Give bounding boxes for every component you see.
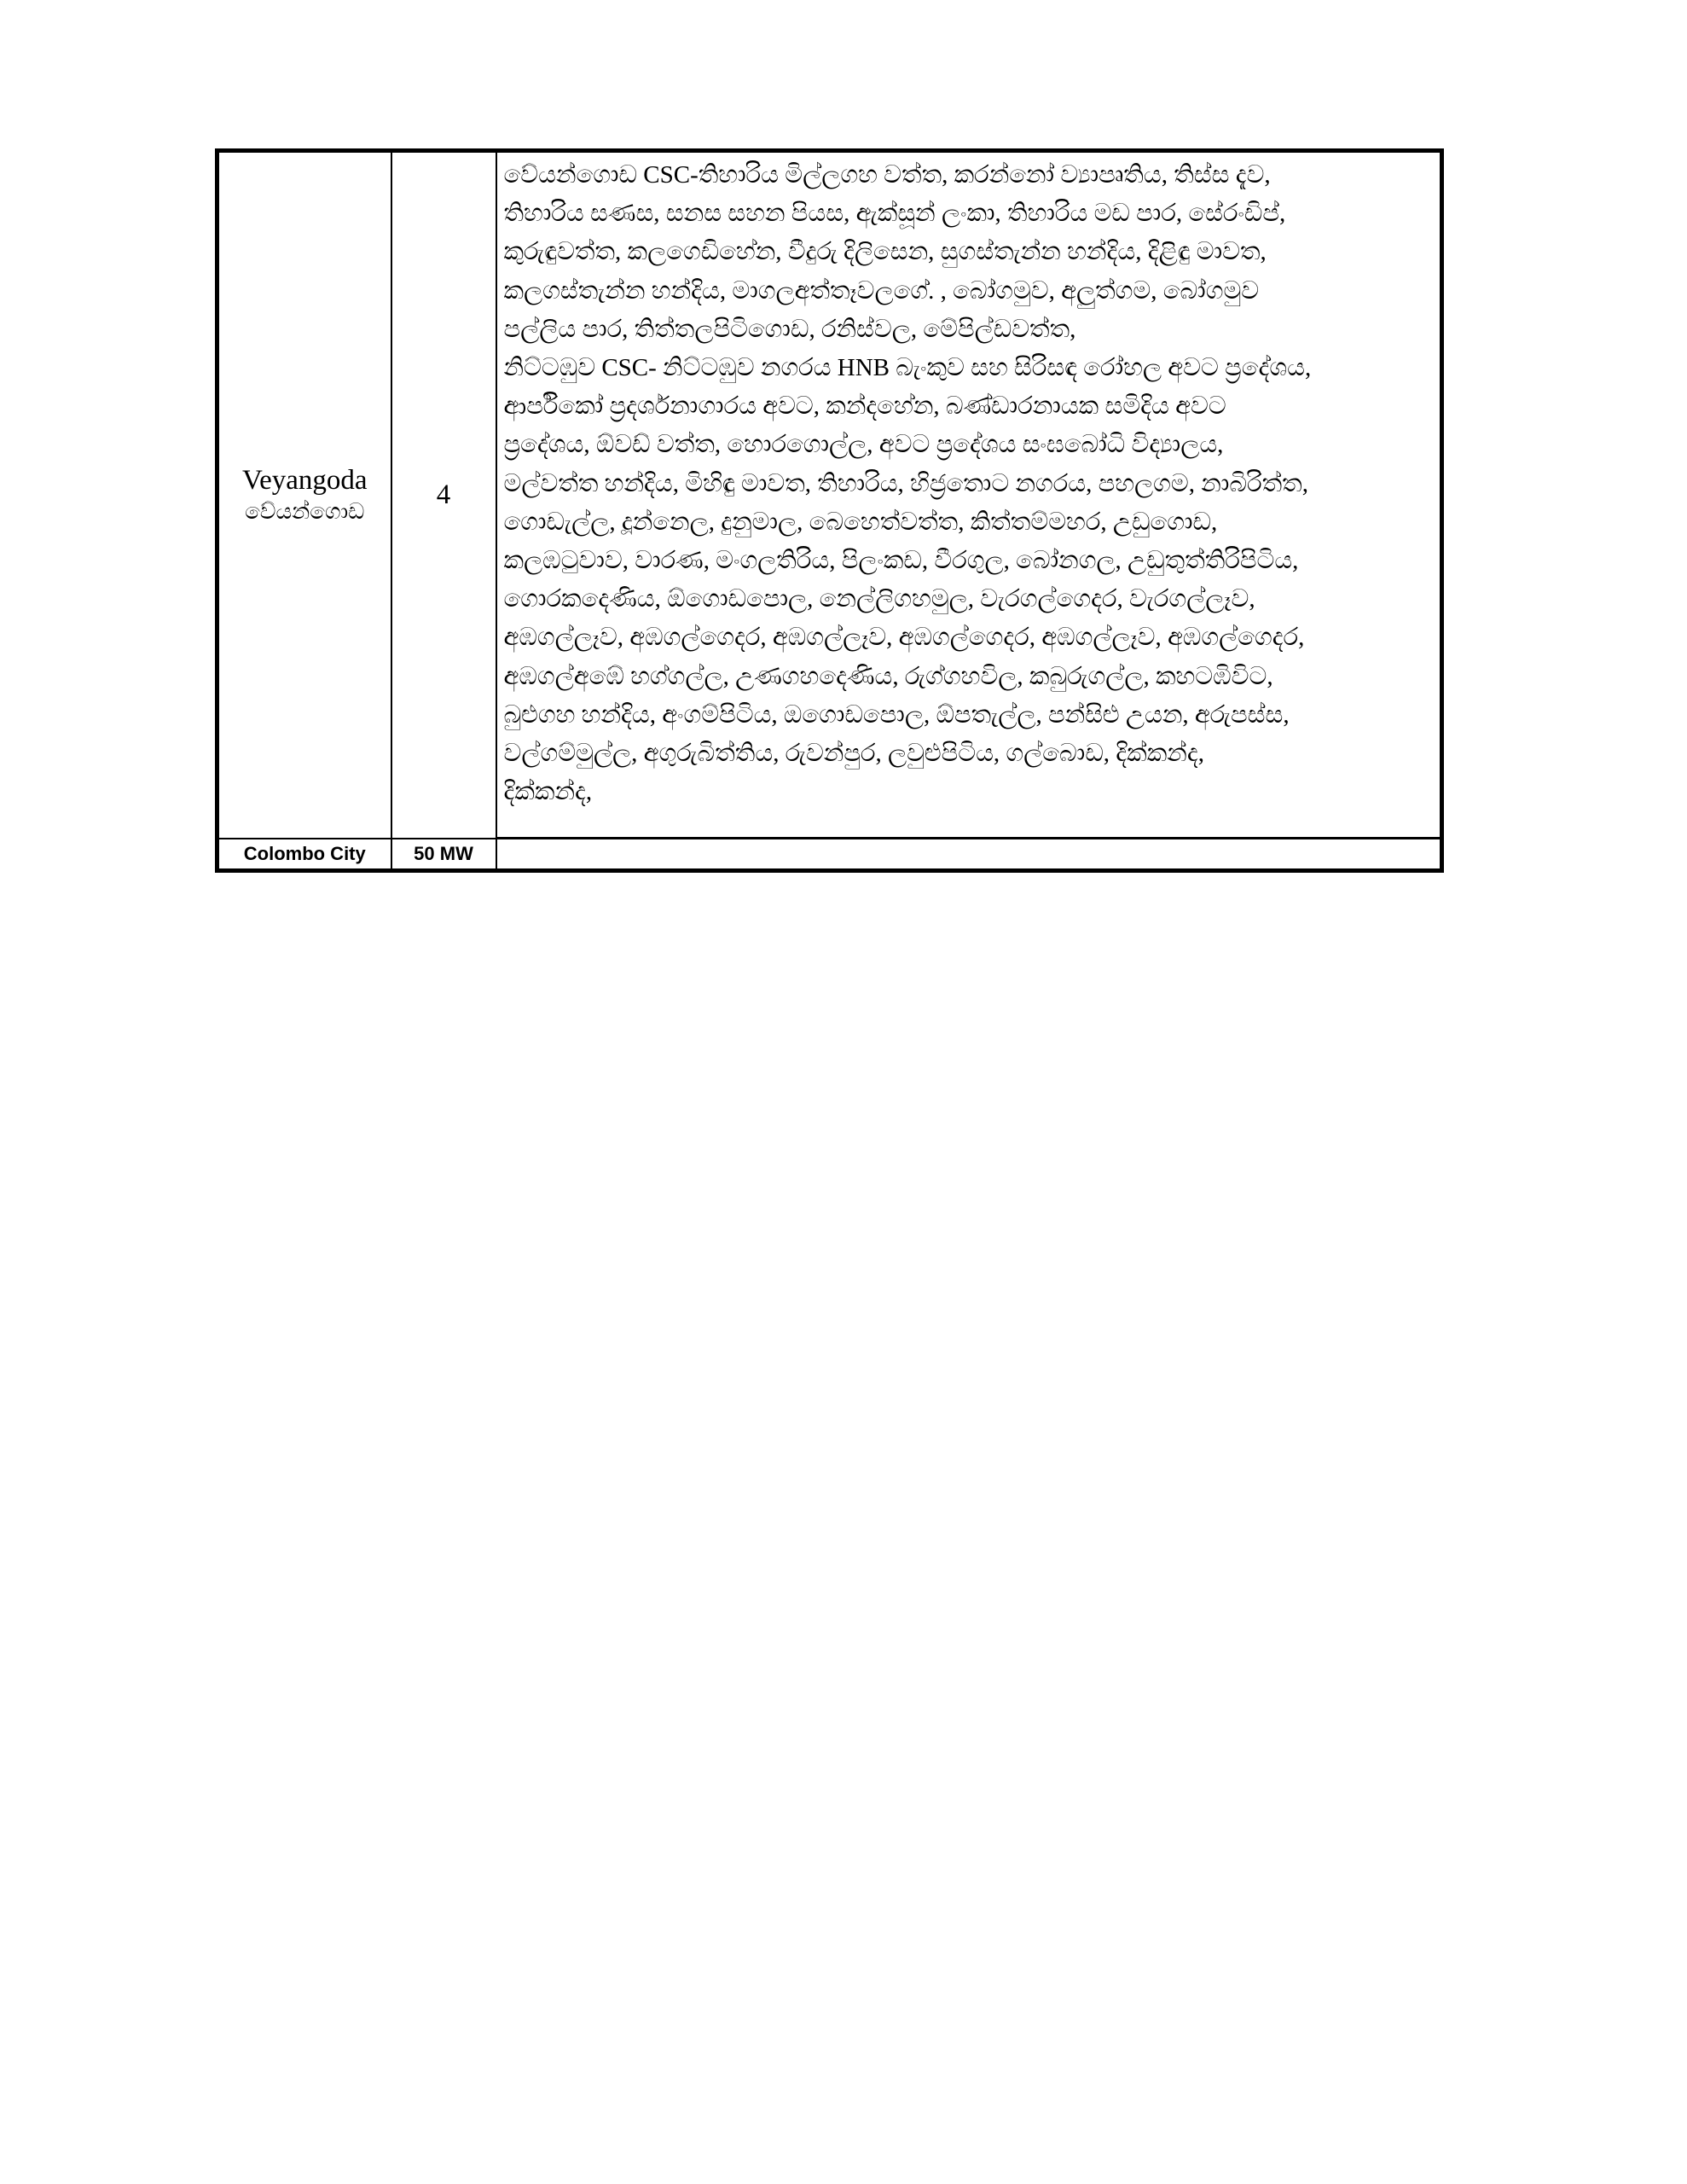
areas-line: වේයන්ගොඩ CSC-තිහාරිය මිල්ලගහ වත්ත, කරන්න… xyxy=(504,156,1434,195)
area-name-sinhala: වේයන්ගොඩ xyxy=(219,497,391,526)
areas-line: නිට්ටඹුව CSC- නිට්ටඹුව නගරය HNB බැංකුව ස… xyxy=(504,349,1434,387)
areas-line: කුරුඳුවත්ත, කලගෙඩිහේන, වීදුරු දිලිසෙන, ස… xyxy=(504,233,1434,271)
area-cell: Veyangoda වේයන්ගොඩ xyxy=(217,151,391,839)
areas-line: අඹගල්ලෑව, අඹගල්ගෙදර, අඹගල්ලෑව, අඹගල්ගෙදර… xyxy=(504,619,1434,657)
total-row: Colombo City 50 MW xyxy=(217,839,1442,871)
areas-line: දික්කන්ද, xyxy=(504,773,1434,811)
total-value: 50 MW xyxy=(391,839,496,871)
areas-line: පල්ලිය පාර, තිත්තලපිටිගොඩ, රනිස්වල, මේපි… xyxy=(504,311,1434,349)
total-label: Colombo City xyxy=(217,839,391,871)
areas-line: අඹගල්අඹේ හග්ගල්ල, උණගහදෙණිය, රුග්ගහවිල, … xyxy=(504,658,1434,696)
area-name-english: Veyangoda xyxy=(219,463,391,497)
feeder-count-cell: 4 xyxy=(391,151,496,839)
areas-line: වල්ගම්මුල්ල, අගුරුබිත්තිය, රුවන්පුර, ලවු… xyxy=(504,735,1434,773)
areas-line: ආර්පිකෝ ප්‍රදර්ශනාගාරය අවට, කන්දහේන, බණ්… xyxy=(504,387,1434,426)
areas-line: මල්වත්ත හන්දිය, මිහිඳු මාවත, තිහාරිය, හි… xyxy=(504,465,1434,503)
areas-line: බුළුගහ හන්දිය, අංගම්පිටිය, ඔගොඩපොල, ඕපතැ… xyxy=(504,696,1434,735)
affected-areas-cell: වේයන්ගොඩ CSC-තිහාරිය මිල්ලගහ වත්ත, කරන්න… xyxy=(496,151,1442,839)
areas-line: ප්‍රදේශය, ඕවඩ් වත්ත, හොරගොල්ල, අවට ප්‍රද… xyxy=(504,426,1434,464)
areas-line: කලගස්තැන්න හන්දිය, මාගලඅත්තෑවලගේ. , බෝගම… xyxy=(504,272,1434,311)
document-page: Veyangoda වේයන්ගොඩ 4 වේයන්ගොඩ CSC-තිහාරි… xyxy=(0,0,1687,2184)
areas-line: කලඹටුවාව, වාරණ, මංගලතිරිය, පිලංකඩ, වීරගු… xyxy=(504,542,1434,580)
areas-line: ගොඩැල්ල, දූන්නෙල, දුනුමාල, බෙහෙත්වත්ත, ක… xyxy=(504,503,1434,542)
power-interruption-schedule-table: Veyangoda වේයන්ගොඩ 4 වේයන්ගොඩ CSC-තිහාරි… xyxy=(215,148,1444,873)
total-places-cell xyxy=(496,839,1442,871)
table-row: Veyangoda වේයන්ගොඩ 4 වේයන්ගොඩ CSC-තිහාරි… xyxy=(217,151,1442,839)
areas-line: ගොරකදෙණිය, ඕගොඩපොල, නෙල්ලිගහමුල, වැරගල්ග… xyxy=(504,580,1434,619)
areas-line: තිහාරිය සණස, සනස සහන පියස, ඇක්සූන් ලංකා,… xyxy=(504,195,1434,233)
